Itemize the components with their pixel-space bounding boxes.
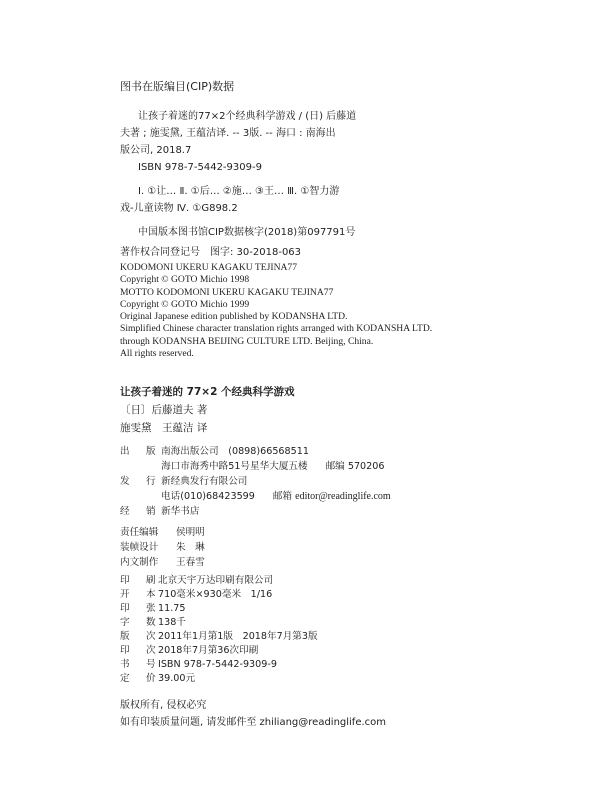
rights-line: Copyright © GOTO Michio 1998 [120,274,432,286]
field-label: 张 [146,603,156,614]
field-label: 印 [120,602,146,616]
cip-heading: 图书在版编目(CIP)数据 [120,78,234,94]
rights-line: through KODANSHA BEIJING CULTURE LTD. Be… [120,336,432,348]
field-label: 版 [120,630,146,644]
quality-notice: 如有印装质量问题, 请发邮件至 zhiliang@readinglife.com [120,713,386,728]
rights-line: Simplified Chinese character translation… [120,323,432,335]
field-label: 发 [120,475,146,489]
publisher-address: 海口市海秀中路51号星华大厦五楼 [161,460,308,474]
field-label: 次 [146,645,156,656]
field-label: 出 [120,445,146,459]
credit-value: 侯明明 [176,527,205,538]
cip-line: 夫著 ; 施雯黛, 王蕴洁译. -- 3版. -- 海口 : 南海出 [120,125,370,142]
spec-value: 710毫米×930毫米 1/16 [158,588,272,602]
field-label: 销 [146,506,156,517]
email-label: 邮箱 [273,491,292,502]
copyright-registration: 著作权合同登记号 图字: 30-2018-063 [120,243,301,258]
spec-row: 印张11.75 [120,602,185,616]
spec-value: ISBN 978-7-5442-9309-9 [158,658,277,672]
spec-value: 北京天宇万达印刷有限公司 [158,574,273,588]
credit-label: 责任编辑 [120,526,176,540]
spec-value: 138千 [158,616,186,630]
spec-value: 11.75 [158,602,185,616]
spec-row: 版次2011年1月第1版 2018年7月第3版 [120,630,318,644]
field-label: 定 [120,672,146,686]
rights-notice: 版权所有, 侵权必究 [120,696,206,711]
distributor-phone: 电话(010)68423599 [161,490,255,504]
cip-classification: Ⅰ. ①让… Ⅱ. ①后… ②施… ③王… Ⅲ. ①智力游 [120,183,370,200]
spec-value: 39.00元 [158,672,195,686]
postcode: 570206 [348,461,385,472]
credit-label: 装帧设计 [120,541,176,555]
rights-line: Copyright © GOTO Michio 1999 [120,299,432,311]
cip-line: 版公司, 2018.7 [120,142,370,159]
field-label: 印 [120,574,146,588]
book-title: 让孩子着迷的 77×2 个经典科学游戏 [120,384,295,399]
book-author: 〔日〕后藤道夫 著 [120,402,207,417]
field-label: 印 [120,644,146,658]
spec-row: 书号ISBN 978-7-5442-9309-9 [120,658,277,672]
seller-row: 经销 新华书店 [120,505,199,519]
credit-row: 装帧设计朱 琳 [120,541,205,555]
field-label: 经 [120,505,146,519]
spec-row: 定价39.00元 [120,672,195,686]
distributor-value: 新经典发行有限公司 [161,475,247,489]
spec-row: 字数138千 [120,616,186,630]
seller-value: 新华书店 [161,505,199,519]
field-label: 刷 [146,575,156,586]
book-translators: 施雯黛 王蕴洁 译 [120,420,207,435]
cip-classification: 戏-儿童读物 Ⅳ. ①G898.2 [120,200,370,217]
english-rights-block: KODOMONI UKERU KAGAKU TEJINA77 Copyright… [120,262,432,360]
field-label: 版 [146,446,156,457]
field-label: 开 [120,588,146,602]
spec-value: 2011年1月第1版 2018年7月第3版 [158,630,318,644]
rights-line: Original Japanese edition published by K… [120,311,432,323]
distributor-row: 发行 新经典发行有限公司 [120,475,247,489]
distributor-email: editor@readinglife.com [295,491,391,502]
cip-isbn: ISBN 978-7-5442-9309-9 [120,159,370,176]
publisher-address-row: 海口市海秀中路51号星华大厦五楼邮编 570206 [120,460,384,474]
postcode-label: 邮编 [326,461,345,472]
field-label: 价 [146,673,156,684]
publisher-row: 出版 南海出版公司 (0898)66568511 [120,445,309,459]
field-label: 行 [146,476,156,487]
field-label: 号 [146,659,156,670]
credit-value: 王春雪 [176,557,205,568]
field-label: 次 [146,631,156,642]
rights-line: MOTTO KODOMONI UKERU KAGAKU TEJINA77 [120,287,432,299]
rights-line: All rights reserved. [120,348,432,360]
credit-row: 内文制作王春雪 [120,556,205,570]
field-label: 本 [146,589,156,600]
distributor-contact-row: 电话(010)68423599邮箱 editor@readinglife.com [120,490,391,504]
cip-line: 让孩子着迷的77×2个经典科学游戏 / (日) 后藤道 [120,108,370,125]
spec-row: 印刷北京天宇万达印刷有限公司 [120,574,273,588]
field-label: 书 [120,658,146,672]
credit-row: 责任编辑侯明明 [120,526,205,540]
rights-line: KODOMONI UKERU KAGAKU TEJINA77 [120,262,432,274]
cip-library-record: 中国版本图书馆CIP数据核字(2018)第097791号 [120,224,370,241]
field-label: 数 [146,617,156,628]
credit-value: 朱 琳 [176,542,205,553]
spec-row: 开本710毫米×930毫米 1/16 [120,588,272,602]
cip-record: 让孩子着迷的77×2个经典科学游戏 / (日) 后藤道 夫著 ; 施雯黛, 王蕴… [120,108,370,241]
field-label: 字 [120,616,146,630]
publisher-value: 南海出版公司 (0898)66568511 [161,445,309,459]
spec-value: 2018年7月第36次印刷 [158,644,258,658]
credit-label: 内文制作 [120,556,176,570]
spec-row: 印次2018年7月第36次印刷 [120,644,258,658]
